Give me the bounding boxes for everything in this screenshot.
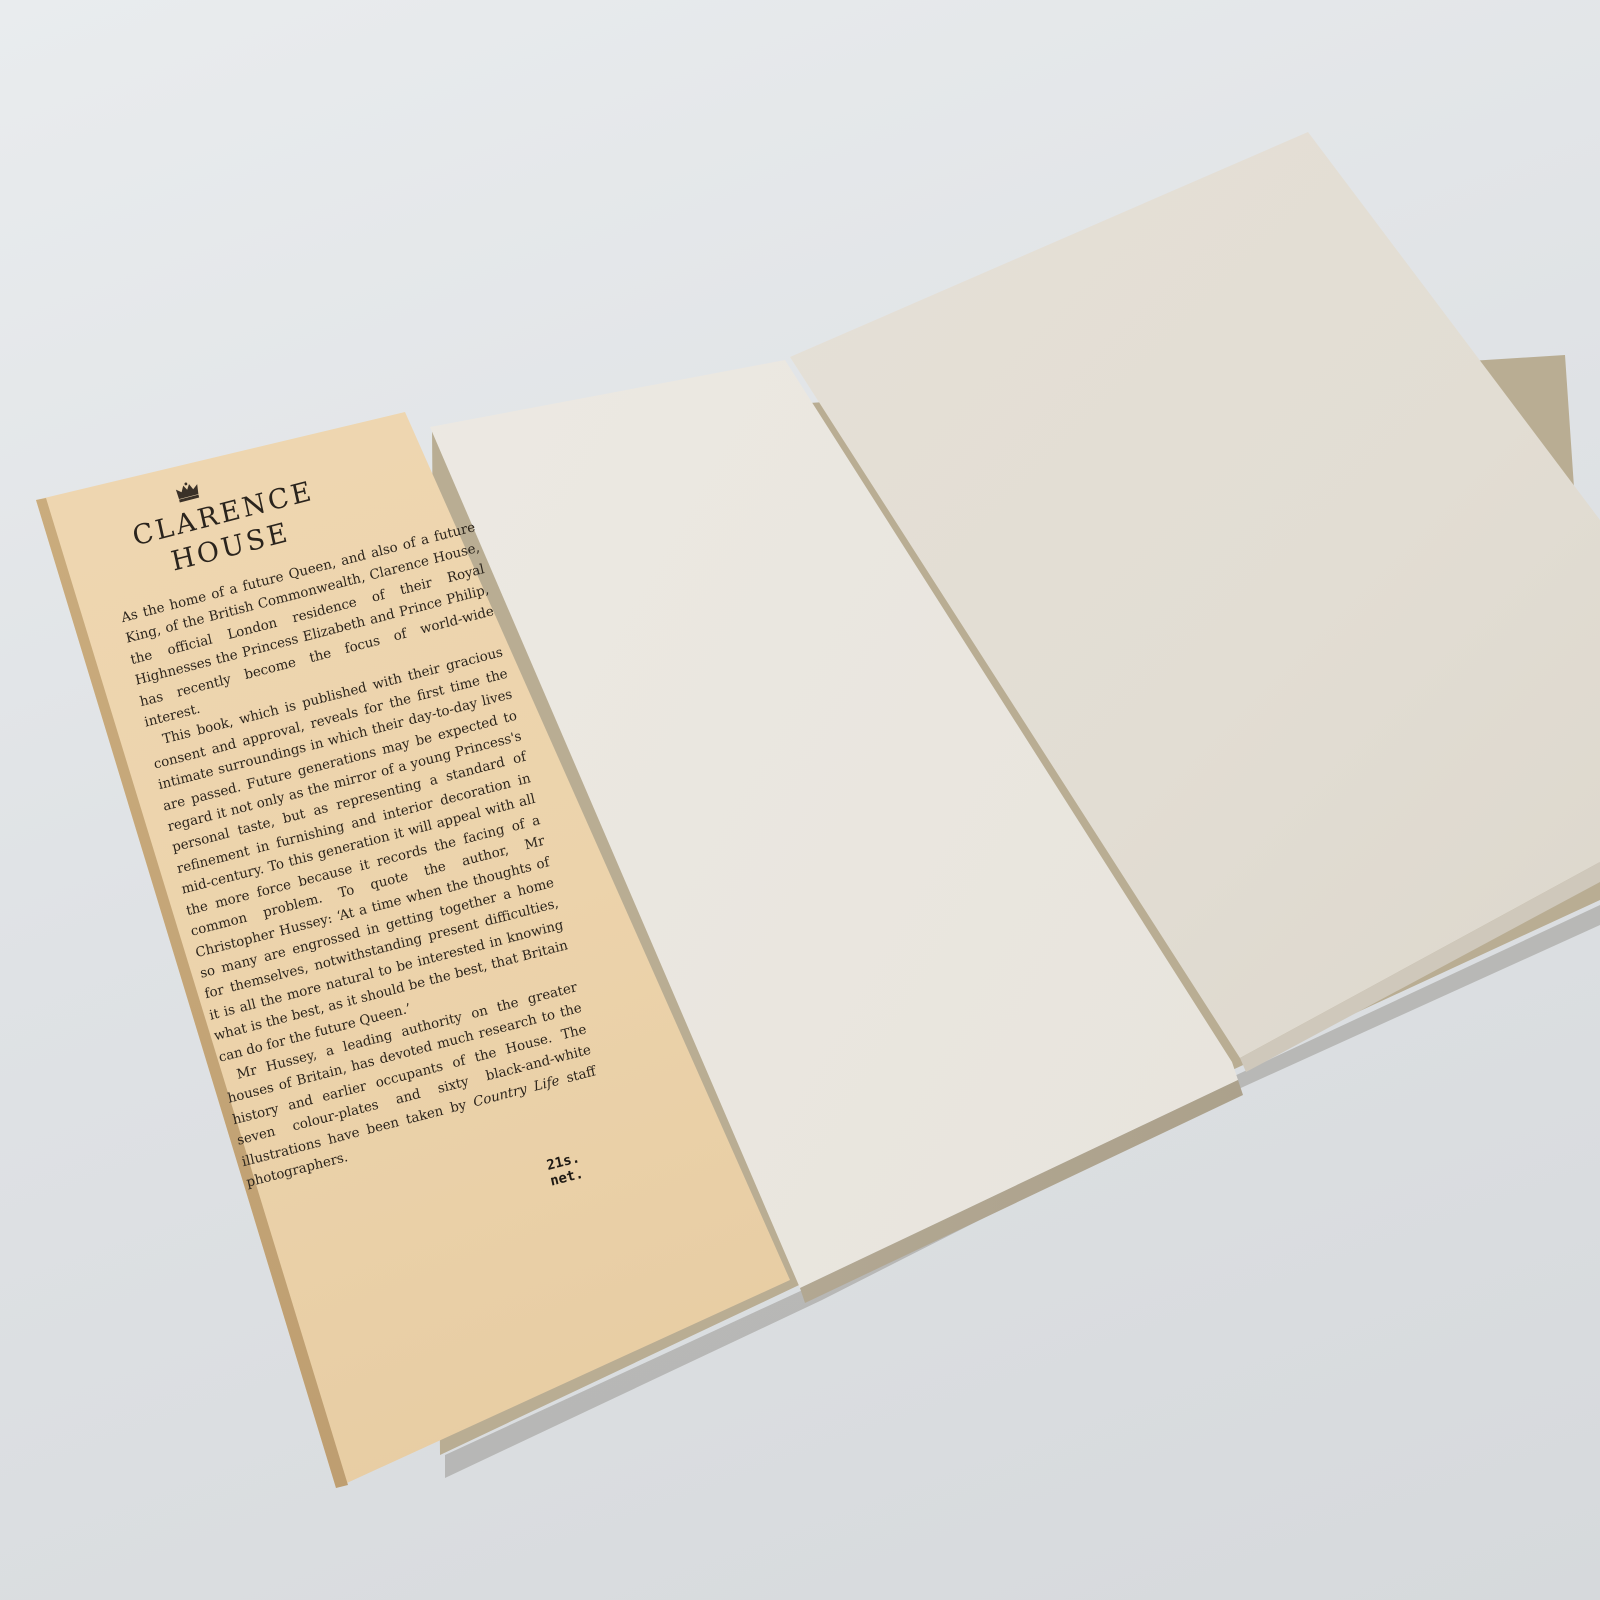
crown-icon (174, 479, 202, 505)
